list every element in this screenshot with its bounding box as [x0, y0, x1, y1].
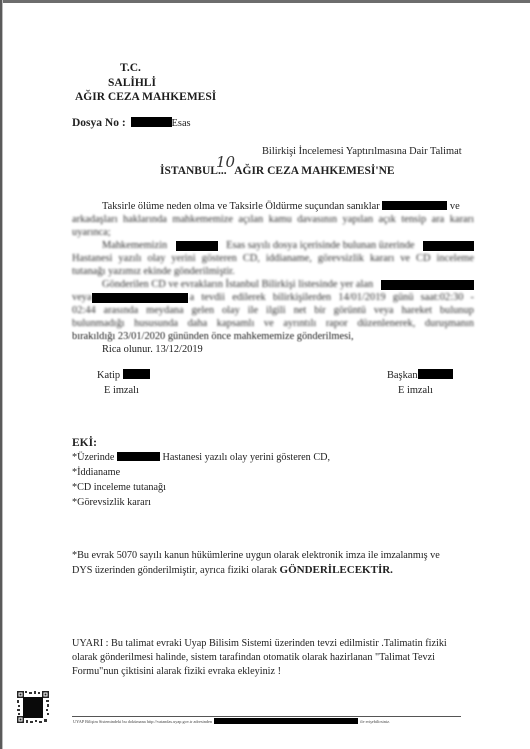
addressee-suffix: AĞIR CEZA MAHKEMESİ'NE: [232, 165, 395, 177]
file-number-label: Dosya No :: [72, 117, 126, 129]
redacted-hospital: [423, 241, 474, 251]
redacted-president-name: [418, 369, 453, 379]
redacted-file-no: [131, 117, 172, 127]
p3-text-1: Gönderilen CD ve evrakların İstanbul Bil…: [102, 278, 373, 291]
p3-line1: Gönderilen CD ve evrakların İstanbul Bil…: [102, 278, 474, 291]
p1-line2-text: arkadaşları haklarında mahkememize açıla…: [72, 213, 474, 226]
p1-line1: Taksirle ölüme neden olma ve Taksirle Öl…: [102, 200, 460, 213]
p3-text-2b-wrap: a tevdii edilerek bilirkişilerden 14/01/…: [190, 291, 474, 304]
p2-text-a: Mahkememizin: [102, 239, 167, 252]
p3-line5: bırakıldığı 23/01/2020 gününden önce mah…: [72, 330, 354, 343]
footer-text-b: ile erişebilirsiniz.: [360, 719, 390, 724]
p2-line2-text: Hastanesi yazılı olay yerini gösteren CD…: [72, 252, 474, 265]
header-court: AĞIR CEZA MAHKEMESİ: [75, 91, 216, 103]
esign-note-line2: DYS üzerinden gönderilmiştir, ayrıca fiz…: [72, 564, 393, 576]
redacted-expert-2: [92, 293, 188, 303]
redacted-expert-1: [381, 280, 474, 290]
p1-text-b: ve: [450, 201, 460, 212]
p3-line4: bulunmadığı hususunda daha kapsamlı ve a…: [72, 317, 474, 330]
attachment-1-b: Hastanesi yazılı olay yerini gösteren CD…: [163, 452, 330, 463]
footer-text-a: UYAP Bilişim Sistemindeki bu dokümana ht…: [73, 719, 212, 724]
clerk-esign: E imzalı: [104, 384, 139, 397]
p1-text-a: Taksirle ölüme neden olma ve Taksirle Öl…: [102, 201, 380, 212]
redacted-defendants: [382, 201, 447, 210]
attachment-item-4: *Görevsizlik kararı: [72, 497, 151, 508]
attachment-item-2: *İddianame: [72, 467, 120, 478]
p3-line3-text: 02:44 arasında meydana gelen olay ile il…: [72, 304, 474, 317]
closing-line: Rica olunur. 13/12/2019: [102, 343, 203, 356]
esign-note-emphasis: GÖNDERİLECEKTİR.: [280, 564, 393, 576]
header-city: SALİHLİ: [108, 77, 156, 89]
p3-text-2b: a tevdii edilerek bilirkişilerden 14/01/…: [190, 291, 474, 304]
p2-line2: Hastanesi yazılı olay yerini gösteren CD…: [72, 252, 474, 265]
president-title: Başkan: [387, 370, 418, 381]
p2-line1: Mahkememizin Esas sayılı dosya içerisind…: [102, 239, 474, 252]
addressee-prefix: İSTANBUL: [160, 165, 218, 177]
header-tc: T.C.: [120, 62, 141, 74]
esign-note-line1: *Bu evrak 5070 sayılı kanun hükümlerine …: [72, 550, 440, 561]
warning-line3: Formu"nun çiktisini alarak fiziki evraka…: [72, 666, 281, 677]
redacted-hospital-2: [117, 452, 160, 461]
p1-line3: uyarınca;: [72, 226, 111, 239]
scan-edge-left-inner: [2, 0, 3, 749]
redacted-verification-code: [214, 718, 358, 724]
addressee: İSTANBUL10... AĞIR CEZA MAHKEMESİ'NE: [160, 165, 395, 177]
clerk-title: Katip: [97, 370, 120, 381]
scan-edge-top: [0, 0, 530, 3]
qr-code-icon: [17, 691, 49, 723]
redacted-clerk-name: [123, 369, 150, 379]
qr-code: [17, 691, 49, 723]
file-number-suffix: Esas: [172, 118, 191, 129]
attachment-1-a: *Üzerinde: [72, 452, 114, 463]
file-number: Dosya No : Esas: [72, 117, 191, 129]
p3-line3: 02:44 arasında meydana gelen olay ile il…: [72, 304, 474, 317]
attachment-item-1: *Üzerinde Hastanesi yazılı olay yerini g…: [72, 452, 330, 463]
p1-line2: arkadaşları haklarında mahkememize açıla…: [72, 213, 474, 226]
p3-text-2a: veya: [72, 291, 92, 304]
footer-text: UYAP Bilişim Sistemindeki bu dokümana ht…: [73, 718, 390, 724]
attachment-item-3: *CD inceleme tutanağı: [72, 482, 166, 493]
p2-line3: tutanağı yazımız ekinde gönderilmiştir.: [72, 265, 235, 278]
redacted-case-no: [176, 241, 218, 251]
president-esign: E imzalı: [398, 384, 433, 397]
p3-line4-text: bulunmadığı hususunda daha kapsamlı ve a…: [72, 317, 474, 330]
p2-text-b: Esas sayılı dosya içerisinde bulunan üze…: [226, 239, 414, 252]
warning-line2: olarak gönderilmesi halinde, sistem tara…: [72, 652, 435, 663]
attachments-heading: EKİ:: [72, 437, 97, 449]
signature-right: Başkan: [387, 369, 453, 382]
footer-divider: [72, 716, 461, 717]
p3-line2: veya a tevdii edilerek bilirkişilerden 1…: [72, 291, 474, 304]
esign-note-text: DYS üzerinden gönderilmiştir, ayrıca fiz…: [72, 565, 280, 576]
handwritten-number: 10: [216, 153, 235, 171]
subject-line: Bilirkişi İncelemesi Yaptırılmasına Dair…: [262, 146, 462, 157]
warning-line1: UYARI : Bu talimat evraki Uyap Bilisim S…: [72, 638, 447, 649]
signature-left: Katip: [97, 369, 150, 382]
